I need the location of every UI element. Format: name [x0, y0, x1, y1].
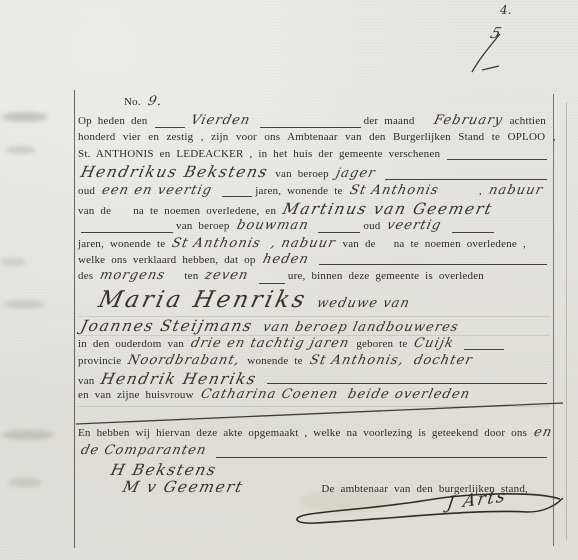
mother-line: en van zijne huisvrouwCatharina Coenenbe… — [78, 387, 550, 407]
daughter-label: dochter — [409, 353, 477, 368]
right-border-rule — [553, 94, 554, 546]
father-name: Hendrik Henriks — [96, 370, 262, 388]
deceased-occupation: van beroep landbouweres — [258, 320, 463, 335]
fill-rule — [447, 159, 547, 160]
number-label: No. — [124, 96, 141, 108]
closing-addition: en — [529, 425, 557, 440]
printed-text: provincie — [78, 355, 121, 367]
printed-text: der maand — [364, 115, 415, 127]
fill-rule — [464, 349, 504, 350]
declarant2-occupation-line: van beroepbouwmanoudveertig — [78, 218, 550, 236]
officer-signature-tail — [528, 498, 563, 512]
printed-text: En hebben wij hiervan deze akte opgemaak… — [78, 427, 527, 439]
deceased-name: Maria Henriks — [93, 287, 313, 313]
declarant1-residence: St Anthonis — [345, 183, 443, 198]
declarant1-age-line: oudeen en veertigjaren, wonende teSt Ant… — [78, 183, 550, 200]
spouse-line: Joannes Steijmansvan beroep landbouweres — [78, 317, 550, 336]
marital-status: weduwe van — [312, 296, 414, 311]
deceased-age-line: in den ouderdom vandrie en tachtig jaren… — [78, 336, 550, 353]
date-line: Op heden denVierdender maandFebruaryacht… — [78, 113, 550, 131]
printed-text: na te noemen overledene, en — [133, 205, 276, 217]
spouse-name: Joannes Steijmans — [76, 317, 258, 335]
parents-status: beide overleden — [343, 387, 475, 402]
declarant1-relation: nabuur — [484, 183, 547, 198]
declarant2-age: veertig — [383, 218, 447, 233]
time-line: desmorgenstenzevenure, binnen deze gemee… — [78, 268, 550, 287]
deceased-age: drie en tachtig jaren — [186, 336, 354, 351]
printed-text: honderd vier en zestig , zijn voor ons A… — [78, 131, 556, 143]
declarant2-name: Martinus van Geemert — [278, 200, 498, 218]
printed-text: jaren, wonende te — [255, 185, 342, 197]
declarant2-signature: M v Geemert — [118, 478, 248, 496]
fill-rule — [81, 232, 173, 233]
declarant1-signature: H Bekstens — [106, 461, 222, 479]
printed-text: van — [78, 375, 94, 387]
fill-rule — [216, 457, 547, 458]
printed-text: welke ons verklaard hebben, dat op — [78, 254, 256, 266]
deceased-name-line: Maria Henriksweduwe van — [78, 287, 550, 317]
bleedthrough-smudge — [4, 300, 44, 309]
printed-text: in den ouderdom van — [78, 338, 184, 350]
printed-text: van de — [343, 238, 376, 250]
printed-text: en van zijne huisvrouw — [78, 389, 194, 401]
strike-gap — [78, 407, 550, 425]
printed-text: wonende te — [247, 355, 302, 367]
time-of-day: morgens — [96, 268, 171, 283]
form-body: No.9.Op heden denVierdender maandFebruar… — [78, 94, 550, 498]
declaration-line: welke ons verklaard hebben, dat opheden — [78, 252, 550, 268]
certificate-sheet: 4. 5 No.9.Op heden denVierdender maandFe… — [0, 0, 578, 560]
fill-rule — [259, 283, 285, 284]
bleedthrough-smudge — [2, 430, 54, 440]
municipality-line: St. ANTHONIS en LEDEACKER , in het huis … — [78, 148, 550, 163]
province-line: provincieNoordbrabant,wonende teSt Antho… — [78, 353, 550, 370]
day-value: Vierden — [186, 113, 255, 128]
corner-number-bottom: 5 — [488, 24, 503, 42]
birthplace: Cuijk — [410, 336, 459, 351]
printed-text: des — [78, 270, 93, 282]
fill-rule — [385, 179, 547, 180]
printed-text: Op heden den — [78, 115, 148, 127]
printed-text: jaren, wonende te — [78, 238, 165, 250]
declarant1-name-line: Hendrikus Bekstensvan beroepjager — [78, 163, 550, 183]
certificate-number-line: No.9. — [78, 94, 550, 113]
declarant2-relation: , nabuur — [266, 236, 340, 251]
fill-rule — [318, 232, 360, 233]
hour-value: zeven — [201, 268, 254, 283]
printed-text: ten — [184, 270, 198, 282]
bleedthrough-smudge — [0, 258, 26, 266]
declarant1-age: een en veertig — [97, 183, 217, 198]
printed-text: van de — [78, 205, 111, 217]
deceased-residence: St Anthonis, — [305, 353, 408, 368]
fill-rule — [319, 264, 547, 265]
printed-text: , — [479, 185, 482, 197]
signature1-line: H Bekstens — [78, 461, 550, 478]
fill-rule — [222, 196, 252, 197]
printed-text: ure, binnen deze gemeente is overleden — [288, 270, 484, 282]
printed-text: St. ANTHONIS en LEDEACKER , in het huis … — [78, 148, 440, 160]
printed-text: van beroep — [176, 220, 230, 232]
comparanten-label: de Comparanten — [76, 443, 211, 458]
bleedthrough-smudge — [8, 478, 42, 487]
declarant2-residence-line: jaren, wonende teSt Anthonis, nabuurvan … — [78, 236, 550, 252]
printed-text: na te noemen overledene , — [394, 238, 526, 250]
death-date: heden — [258, 252, 313, 267]
fill-rule — [155, 127, 185, 128]
bleedthrough-smudge — [2, 112, 48, 122]
printed-text: geboren te — [356, 338, 407, 350]
bleedthrough-smudge — [6, 146, 36, 154]
mother-name: Catharina Coenen — [196, 387, 343, 402]
left-border-rule — [74, 90, 75, 548]
fill-rule — [267, 383, 547, 384]
corner-number-top: 4. — [500, 3, 511, 17]
declarant1-relation-line: van dena te noemen overledene, enMartinu… — [78, 200, 550, 218]
fill-rule — [452, 232, 494, 233]
declarant2-residence: St Anthonis — [168, 236, 266, 251]
comparanten-line: de Comparanten — [78, 443, 550, 461]
month-value: February — [429, 113, 507, 128]
officer-signature-flourish — [297, 494, 560, 523]
fill-rule — [260, 127, 361, 128]
declarant1-name: Hendrikus Bekstens — [76, 163, 273, 181]
closing-line: En hebben wij hiervan deze akte opgemaak… — [78, 425, 550, 443]
right-border-rule-outer — [566, 102, 567, 540]
printed-text: oud — [363, 220, 380, 232]
printed-text: van beroep — [275, 168, 329, 180]
declarant1-occupation: jager — [331, 166, 380, 181]
printed-text: achttien — [510, 115, 546, 127]
printed-text: oud — [78, 185, 95, 197]
father-line: vanHendrik Henriks — [78, 370, 550, 387]
corner-dash — [482, 66, 499, 70]
certificate-number: 9. — [143, 94, 167, 109]
province: Noordbrabant, — [124, 353, 245, 368]
year-line: honderd vier en zestig , zijn voor ons A… — [78, 131, 550, 148]
declarant2-occupation: bouwman — [232, 218, 313, 233]
